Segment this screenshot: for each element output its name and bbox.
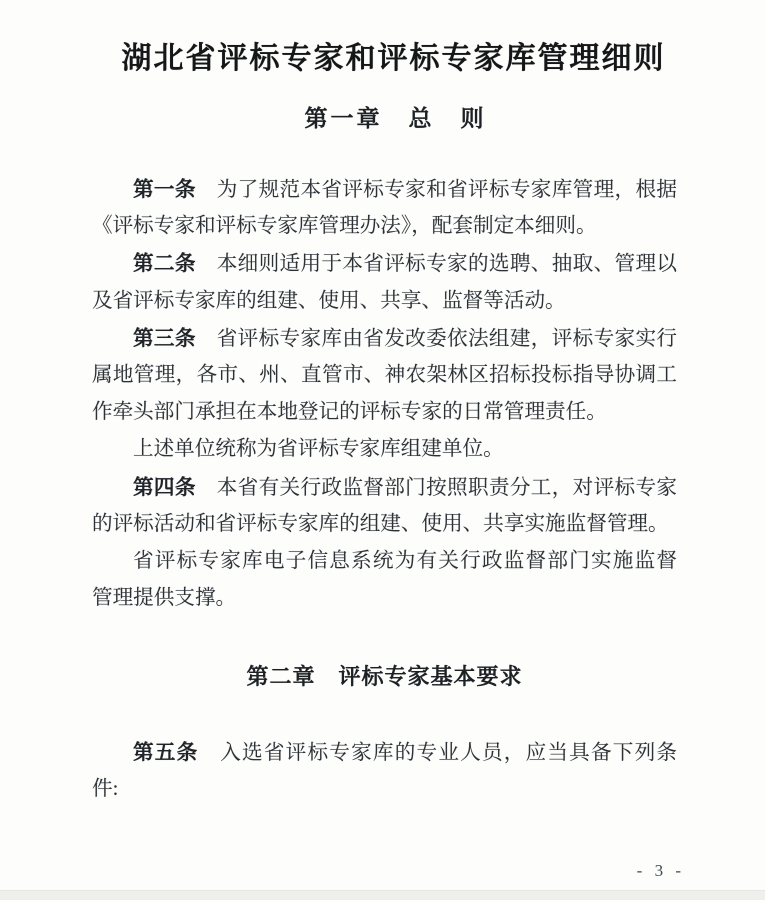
body-line: 上述单位统称为省评标专家库组建单位。 — [92, 431, 677, 468]
body-line: 属地管理，各市、州、直管市、神农架林区招标投标指导协调工 — [92, 357, 677, 394]
body-text-section-1: 第一条 为了规范本省评标专家和省评标专家库管理，根据《评标专家和评标专家库管理办… — [92, 171, 677, 617]
body-line: 管理提供支撑。 — [92, 580, 677, 617]
body-text: 管理提供支撑。 — [92, 587, 236, 609]
article-label: 第一条 — [133, 178, 196, 201]
scan-artifact-bottom-band — [0, 890, 765, 900]
body-line: 作牵头部门承担在本地登记的评标专家的日常管理责任。 — [92, 394, 677, 431]
body-text: 省评标专家库电子信息系统为有关行政监督部门实施监督 — [133, 550, 677, 572]
body-text: 本省有关行政监督部门按照职责分工，对评标专家 — [196, 477, 677, 499]
body-line: 件: — [92, 771, 677, 808]
chapter-2-heading: 第二章 评标专家基本要求 — [92, 660, 677, 691]
article-label: 第三条 — [133, 327, 196, 350]
body-line: 及省评标专家库的组建、使用、共享、监督等活动。 — [92, 283, 677, 320]
page-number: - 3 - — [637, 861, 685, 881]
body-text-section-2: 第五条 入选省评标专家库的专业人员，应当具备下列条件: — [92, 734, 677, 808]
scanned-document-page: 湖北省评标专家和评标专家库管理细则 第一章 总 则 第一条 为了规范本省评标专家… — [0, 0, 765, 900]
body-text: 件: — [92, 778, 118, 800]
article-label: 第五条 — [133, 741, 198, 764]
body-text: 及省评标专家库的组建、使用、共享、监督等活动。 — [92, 290, 566, 312]
body-text: 上述单位统称为省评标专家库组建单位。 — [133, 438, 504, 460]
article-label: 第四条 — [133, 476, 196, 499]
article-label: 第二条 — [133, 252, 196, 275]
body-line: 第四条 本省有关行政监督部门按照职责分工，对评标专家 — [92, 469, 677, 506]
body-line: 第二条 本细则适用于本省评标专家的选聘、抽取、管理以 — [92, 245, 677, 282]
body-text: 《评标专家和评标专家库管理办法》，配套制定本细则。 — [92, 215, 597, 237]
body-text: 为了规范本省评标专家和省评标专家库管理，根据 — [196, 179, 677, 201]
body-text: 作牵头部门承担在本地登记的评标专家的日常管理责任。 — [92, 401, 607, 423]
chapter-1-heading: 第一章 总 则 — [103, 100, 688, 133]
body-text: 省评标专家库由省发改委依法组建，评标专家实行 — [196, 328, 677, 350]
document-title: 湖北省评标专家和评标专家库管理细则 — [101, 36, 686, 82]
body-text: 属地管理，各市、州、直管市、神农架林区招标投标指导协调工 — [92, 364, 677, 386]
body-line: 《评标专家和评标专家库管理办法》，配套制定本细则。 — [92, 208, 677, 245]
body-line: 第五条 入选省评标专家库的专业人员，应当具备下列条 — [92, 734, 677, 771]
body-text: 的评标活动和省评标专家库的组建、使用、共享实施监督管理。 — [92, 513, 669, 535]
body-line: 的评标活动和省评标专家库的组建、使用、共享实施监督管理。 — [92, 506, 677, 543]
body-line: 省评标专家库电子信息系统为有关行政监督部门实施监督 — [92, 543, 677, 580]
body-text: 入选省评标专家库的专业人员，应当具备下列条 — [198, 742, 677, 764]
body-line: 第三条 省评标专家库由省发改委依法组建，评标专家实行 — [92, 320, 677, 357]
body-text: 本细则适用于本省评标专家的选聘、抽取、管理以 — [196, 253, 677, 275]
body-line: 第一条 为了规范本省评标专家和省评标专家库管理，根据 — [92, 171, 677, 208]
